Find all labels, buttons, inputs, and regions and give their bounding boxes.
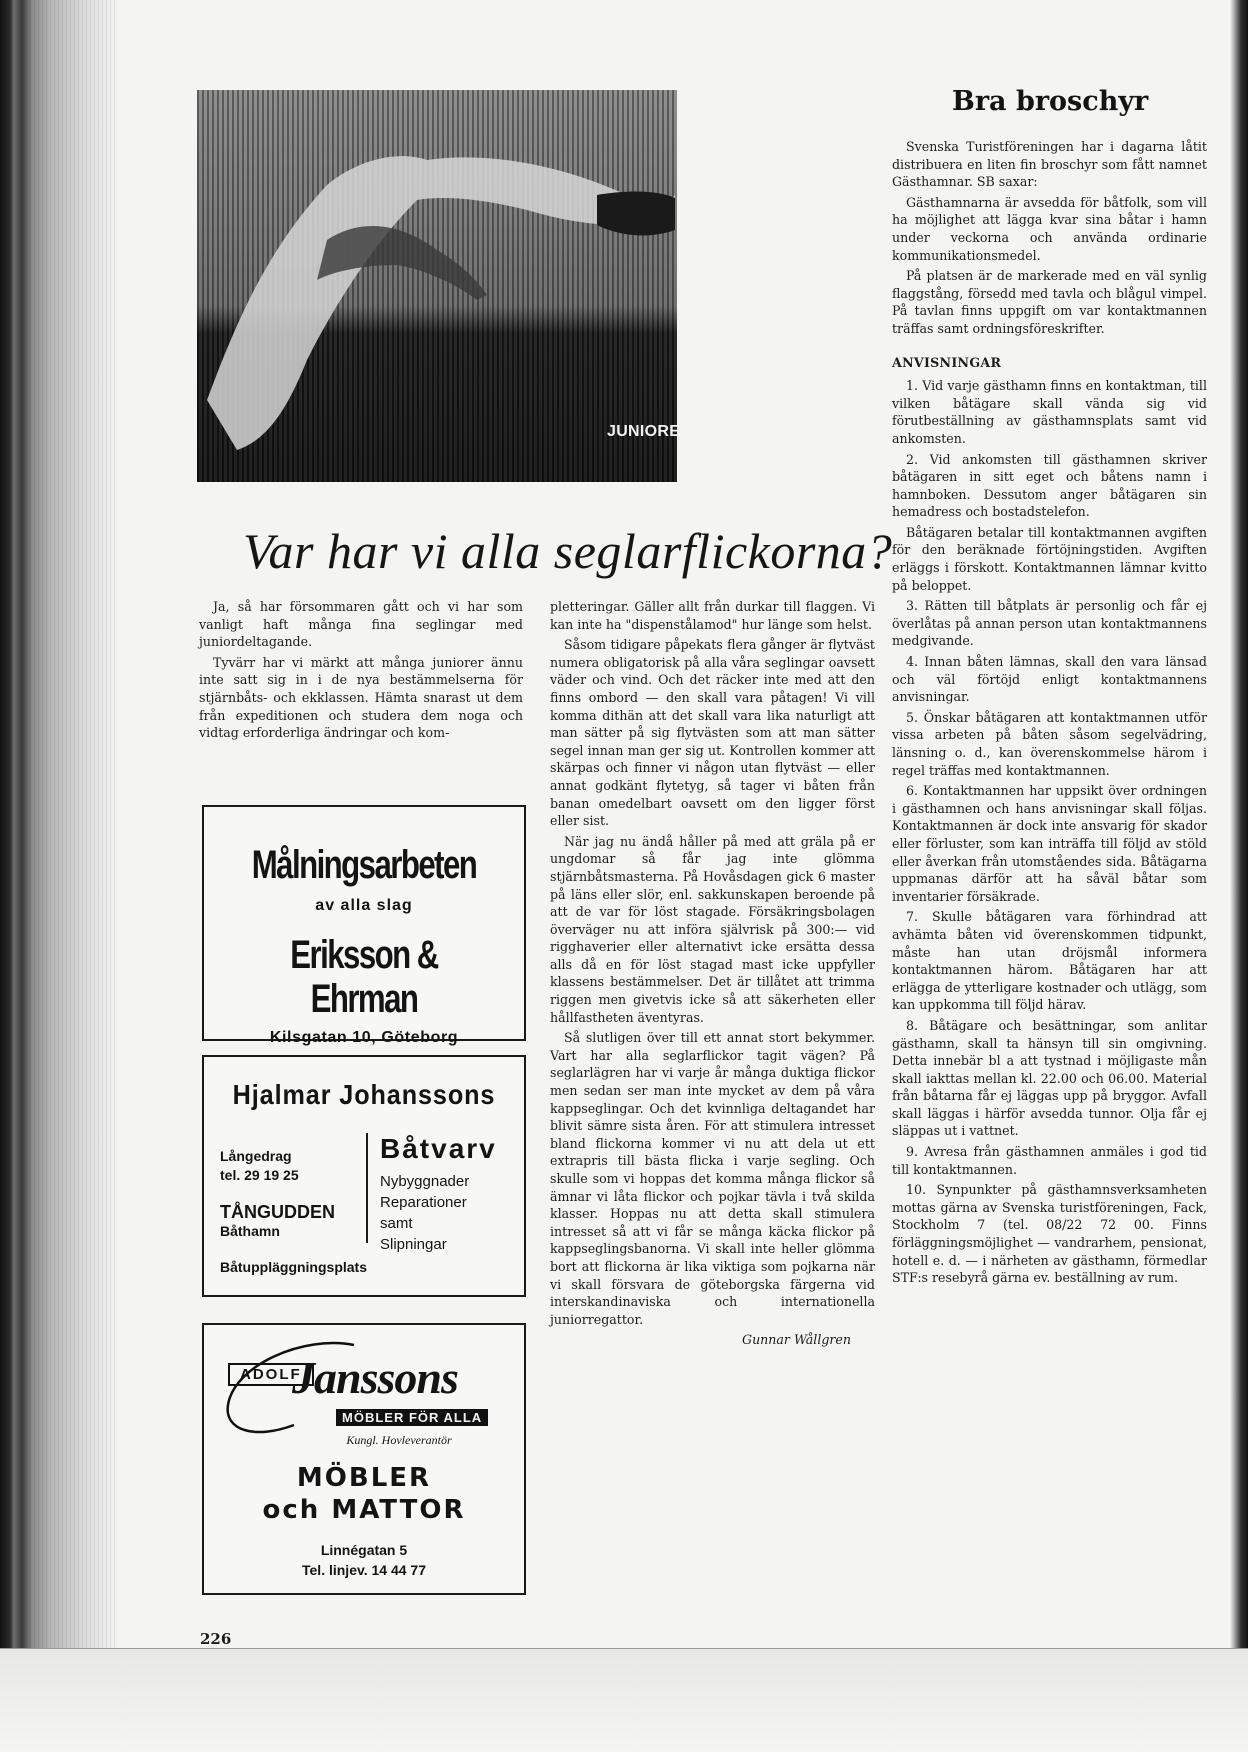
ad-service: Nybyggnader <box>380 1171 497 1192</box>
ad-service: Slipningar <box>380 1234 497 1255</box>
sidebar-title: Bra broschyr <box>952 86 1148 117</box>
rule-item: 5. Önskar båtägaren att kontaktmannen ut… <box>892 709 1207 779</box>
ad-malningsarbeten: Målningsarbeten av alla slag Eriksson & … <box>202 805 526 1041</box>
ad-company: Eriksson & Ehrman <box>239 933 489 1021</box>
rule-item: 10. Synpunkter på gästhamnsverksamheten … <box>892 1181 1207 1287</box>
paragraph: Såsom tidigare påpekats flera gånger är … <box>550 636 875 830</box>
logo-script: Janssons <box>292 1351 458 1404</box>
ad-phone: tel. 29 19 25 <box>220 1166 335 1185</box>
ad-harbor: Båthamn <box>220 1222 335 1241</box>
ad-batvarv: Hjalmar Johanssons Långedrag tel. 29 19 … <box>202 1055 526 1297</box>
scanner-bed <box>0 1648 1248 1752</box>
article-column-2: pletteringar. Gäller allt från durkar ti… <box>550 598 875 1349</box>
ad-services: Båtvarv Nybyggnader Reparationer samt Sl… <box>380 1133 497 1255</box>
sidebar-subheading: ANVISNINGAR <box>892 354 1207 372</box>
rule-item: Båtägaren betalar till kontaktmannen avg… <box>892 524 1207 594</box>
author-signature: Gunnar Wållgren <box>550 1331 875 1349</box>
ad-contact: Långedrag tel. 29 19 25 TÅNGUDDEN Båtham… <box>220 1147 335 1241</box>
seagull-photo: JUNIORER — OHOJ! <box>197 90 677 482</box>
ad-company: Hjalmar Johanssons <box>220 1079 508 1111</box>
ad-street: Linnégatan 5 <box>204 1540 524 1560</box>
paragraph: På platsen är de markerade med en väl sy… <box>892 267 1207 337</box>
ad-janssons-mobler: ADOLF Janssons MÖBLER FÖR ALLA Kungl. Ho… <box>202 1323 526 1595</box>
ad-service: samt <box>380 1213 497 1234</box>
ad-headline: Målningsarbeten <box>239 843 489 887</box>
rule-item: 2. Vid ankomsten till gästhamnen skriver… <box>892 451 1207 521</box>
rule-item: 3. Rätten till båtplats är personlig och… <box>892 597 1207 650</box>
ad-line-1: MÖBLER <box>204 1462 524 1494</box>
ad-yard-title: Båtvarv <box>380 1133 497 1165</box>
rule-item: 7. Skulle båtägaren vara förhindrad att … <box>892 908 1207 1014</box>
rule-item: 4. Innan båten lämnas, skall den vara lä… <box>892 653 1207 706</box>
ad-phone: Tel. linjev. 14 44 77 <box>204 1560 524 1580</box>
rule-item: 6. Kontaktmannen har uppsikt över ordnin… <box>892 782 1207 905</box>
ad-service: Reparationer <box>380 1192 497 1213</box>
janssons-logo: ADOLF Janssons MÖBLER FÖR ALLA <box>204 1325 524 1445</box>
page-number: 226 <box>200 1630 231 1648</box>
ad-place: Långedrag <box>220 1147 335 1166</box>
ad-subline: av alla slag <box>204 897 524 915</box>
rule-item: 8. Båtägare och besättningar, som anlita… <box>892 1017 1207 1140</box>
photo-caption: JUNIORER — OHOJ! <box>607 423 677 441</box>
divider <box>366 1133 368 1243</box>
ad-town: TÅNGUDDEN <box>220 1203 335 1222</box>
logo-banner: MÖBLER FÖR ALLA <box>336 1409 488 1426</box>
rule-item: 9. Avresa från gästhamnen anmäles i god … <box>892 1143 1207 1178</box>
ad-footer: Båtuppläggningsplats <box>220 1259 367 1275</box>
book-spine-shadow <box>0 0 118 1648</box>
paragraph: Tyvärr har vi märkt att många juniorer ä… <box>199 654 523 742</box>
paragraph: Ja, så har försommaren gått och vi har s… <box>199 598 523 651</box>
ad-address: Linnégatan 5 Tel. linjev. 14 44 77 <box>204 1540 524 1580</box>
seagull-icon <box>197 90 677 482</box>
sidebar-column: Svenska Turistföreningen har i dagarna l… <box>892 138 1207 1290</box>
paragraph: När jag nu ändå håller på med att gräla … <box>550 833 875 1027</box>
paragraph: Svenska Turistföreningen har i dagarna l… <box>892 138 1207 191</box>
article-headline: Var har vi alla seglarflickorna? <box>243 522 892 580</box>
ad-line-2: och MATTOR <box>204 1494 524 1526</box>
ad-address: Kilsgatan 10, Göteborg <box>204 1029 524 1047</box>
rule-item: 1. Vid varje gästhamn finns en kontaktma… <box>892 377 1207 447</box>
paragraph: Gästhamnarna är avsedda för båtfolk, som… <box>892 194 1207 264</box>
paragraph: Så slutligen över till ett annat stort b… <box>550 1029 875 1328</box>
gutter-shadow <box>1230 0 1248 1648</box>
article-column-1: Ja, så har försommaren gått och vi har s… <box>199 598 523 745</box>
paragraph: pletteringar. Gäller allt från durkar ti… <box>550 598 875 633</box>
page-edges <box>30 0 118 1648</box>
